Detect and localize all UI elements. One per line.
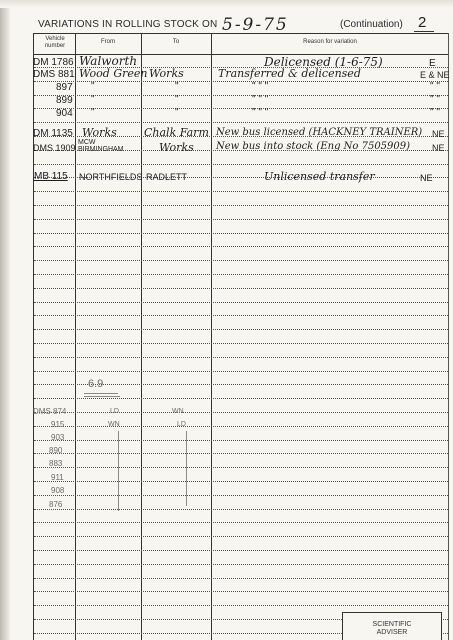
- to-cell: Works: [149, 67, 184, 80]
- stamp-line-2: ADVISER: [343, 629, 441, 637]
- pencil-vehicle: DMS 874: [33, 407, 66, 416]
- to-cell: Works: [159, 141, 194, 154]
- ruled-line: [34, 591, 448, 592]
- code-cell: " ": [430, 94, 440, 105]
- ruled-line: [34, 357, 448, 358]
- ruled-line: [34, 605, 448, 606]
- continuation-label: (Continuation): [340, 19, 403, 30]
- ruled-line: [34, 164, 448, 165]
- page-title: VARIATIONS IN ROLLING STOCK ON: [38, 19, 217, 30]
- from-cell: MCW BIRMINGHAM: [78, 139, 138, 153]
- from-cell: ": [91, 94, 95, 105]
- vehicle-cell: DMS 881: [33, 69, 75, 80]
- pencil-vehicle: 911: [51, 473, 64, 482]
- ruled-line: [34, 578, 448, 579]
- ruled-line: [34, 371, 448, 372]
- ruled-line: [34, 453, 448, 454]
- to-cell: Chalk Farm: [144, 126, 209, 139]
- ruled-line: [34, 95, 448, 96]
- header-to: To: [142, 39, 210, 46]
- pencil-vehicle: 876: [49, 500, 62, 509]
- variations-table: Vehicle number From To Reason for variat…: [33, 33, 449, 640]
- reason-cell: New bus into stock (Eng No 7505909): [216, 141, 410, 152]
- from-cell: ": [91, 107, 95, 118]
- ruled-line: [34, 191, 448, 192]
- pencil-vehicle: 908: [51, 486, 64, 495]
- from-cell: Works: [82, 126, 117, 139]
- pencil-to: LD: [177, 421, 186, 428]
- to-cell: ": [175, 94, 179, 105]
- ruled-line: [34, 481, 448, 482]
- vehicle-cell: DM 1786: [33, 57, 74, 68]
- page-number-underline: [414, 31, 434, 32]
- pencil-underline: [84, 396, 120, 397]
- ledger-page: VARIATIONS IN ROLLING STOCK ON 5-9-75 (C…: [0, 0, 453, 640]
- pencil-from: LD: [110, 408, 119, 415]
- pencil-vehicle: 890: [49, 446, 62, 455]
- reason-cell: " " ": [252, 107, 268, 118]
- ruled-line: [34, 274, 448, 275]
- ruled-line: [34, 536, 448, 537]
- pencil-to: WN: [172, 408, 184, 415]
- reason-cell: New bus licensed (HACKNEY TRAINER): [216, 127, 422, 138]
- ruled-line: [34, 205, 448, 206]
- vehicle-cell: 904: [56, 108, 73, 119]
- ruled-line: [34, 522, 448, 523]
- pencil-underline: [84, 393, 118, 394]
- code-cell: " ": [430, 81, 440, 92]
- ruled-line: [34, 219, 448, 220]
- to-cell: RADLETT: [146, 172, 187, 182]
- vehicle-cell: MB 115: [34, 171, 68, 182]
- code-cell: NE: [432, 143, 445, 153]
- pencil-vehicle: 903: [51, 433, 64, 442]
- pencil-bracket-line: [186, 431, 187, 506]
- vehicle-cell: 899: [56, 95, 73, 106]
- from-cell: Walworth: [79, 54, 137, 68]
- reason-cell: Transferred & delicensed: [218, 67, 361, 80]
- ruled-line: [34, 426, 448, 427]
- ruled-line: [34, 108, 448, 109]
- ruled-line: [34, 398, 448, 399]
- from-cell: ": [91, 81, 95, 92]
- page-edge-shadow: [0, 0, 10, 640]
- code-cell: " ": [430, 107, 440, 118]
- from-cell: Wood Green: [79, 67, 148, 80]
- ruled-line: [34, 550, 448, 551]
- stamp-line-1: SCIENTIFIC: [343, 621, 441, 629]
- page-top-shadow: [0, 0, 453, 8]
- to-cell: ": [175, 81, 179, 92]
- ruled-line: [34, 467, 448, 468]
- reason-cell: " " ": [252, 81, 268, 92]
- ruled-line: [34, 495, 448, 496]
- page-number: 2: [418, 14, 426, 31]
- ruled-line: [34, 564, 448, 565]
- pencil-from: WN: [108, 421, 120, 428]
- header-from: From: [76, 39, 140, 46]
- ruled-line: [34, 233, 448, 234]
- vehicle-cell: DMS 1909: [33, 143, 76, 153]
- reason-cell: Unlicensed transfer: [264, 170, 375, 183]
- pencil-vehicle: 915: [51, 420, 64, 429]
- reason-cell: " " ": [252, 94, 268, 105]
- pencil-date: 6.9: [88, 378, 103, 390]
- vehicle-cell: DM 1135: [33, 128, 73, 139]
- ruled-line: [34, 246, 448, 247]
- ruled-line: [34, 440, 448, 441]
- header-vehicle-number: Vehicle number: [36, 36, 74, 50]
- ruled-line: [34, 122, 448, 123]
- to-cell: ": [175, 107, 179, 118]
- code-cell: E: [429, 58, 436, 69]
- header-reason: Reason for variation: [212, 39, 448, 46]
- code-cell: NE: [432, 129, 445, 139]
- column-divider: [141, 33, 142, 640]
- ruled-line: [34, 288, 448, 289]
- column-divider: [211, 33, 212, 640]
- ruled-line: [34, 81, 448, 82]
- ruled-line: [34, 412, 448, 413]
- ruled-line: [34, 260, 448, 261]
- vehicle-cell: 897: [56, 82, 73, 93]
- table-header: Vehicle number From To Reason for variat…: [34, 33, 448, 55]
- pencil-vehicle: 883: [49, 459, 62, 468]
- ruled-line: [34, 509, 448, 510]
- column-divider: [75, 33, 76, 640]
- code-cell: NE: [420, 173, 433, 183]
- ruled-line: [34, 329, 448, 330]
- handwritten-date: 5-9-75: [222, 15, 289, 35]
- from-cell: NORTHFIELDS: [79, 172, 142, 182]
- code-cell: E & NE: [420, 70, 450, 80]
- ruled-line: [34, 315, 448, 316]
- pencil-bracket-line: [118, 431, 119, 511]
- ruled-line: [34, 302, 448, 303]
- scientific-adviser-stamp: SCIENTIFIC ADVISER: [342, 612, 442, 640]
- ruled-line: [34, 343, 448, 344]
